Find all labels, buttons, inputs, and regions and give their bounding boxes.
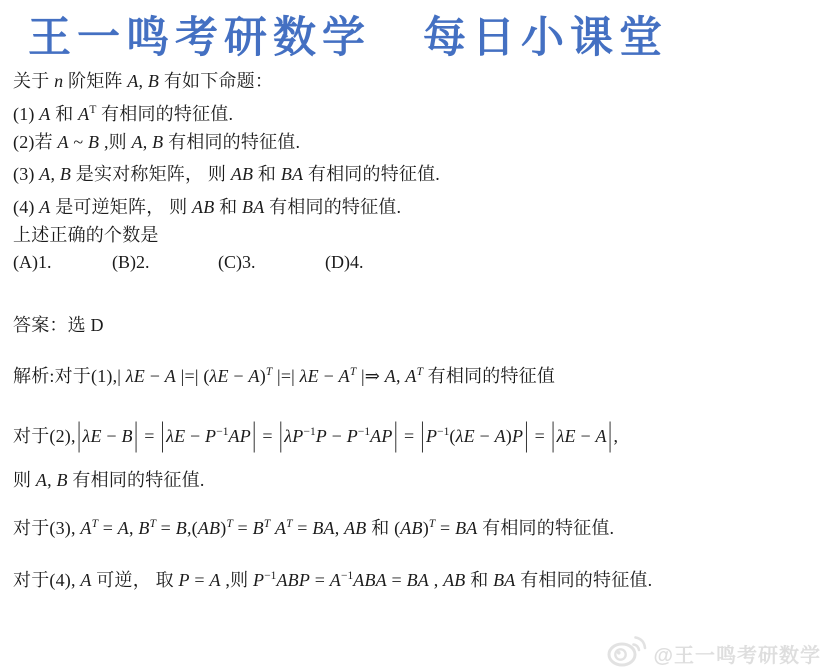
solution-line-2: 对于(2),|λE − B| = |λE − P−1AP| = |λP−1P −…: [13, 411, 618, 457]
page-title-right: 每日小课堂: [423, 15, 668, 62]
watermark: @王一鸣考研数学: [607, 633, 821, 671]
watermark-handle: @王一鸣考研数学: [653, 639, 821, 668]
solution-line-5: 对于(4), A 可逆， 取 P = A ,则 P−1ABP = A−1ABA …: [13, 563, 652, 593]
problem-item-1: (1) A 和 AT 有相同的特征值.: [13, 97, 233, 127]
weibo-logo-icon: [607, 633, 653, 671]
page-title-left: 王一鸣考研数学: [28, 15, 371, 62]
problem-item-3: (3) A, B 是实对称矩阵， 则 AB 和 BA 有相同的特征值.: [13, 161, 440, 187]
option-c: (C)3.: [218, 252, 256, 273]
solution-line-1: 解析:对于(1),| λE − A |=| (λE − A)T |=| λE −…: [13, 359, 555, 389]
page-title: 王一鸣考研数学每日小课堂: [28, 4, 668, 65]
worksheet-page: 王一鸣考研数学每日小课堂 关于 n 阶矩阵 A, B 有如下命题： (1) A …: [0, 0, 837, 671]
option-a: (A)1.: [13, 252, 52, 273]
problem-intro: 关于 n 阶矩阵 A, B 有如下命题：: [13, 68, 273, 94]
answer-line: 答案：选 D: [13, 312, 104, 338]
solution-line-3: 则 A, B 有相同的特征值.: [13, 467, 205, 493]
option-b: (B)2.: [112, 252, 150, 273]
options-row: (A)1. (B)2. (C)3. (D)4.: [13, 252, 493, 278]
problem-item-4: (4) A 是可逆矩阵， 则 AB 和 BA 有相同的特征值.: [13, 194, 401, 220]
option-d: (D)4.: [325, 252, 364, 273]
problem-item-2: (2)若 A ~ B ,则 A, B 有相同的特征值.: [13, 129, 300, 155]
problem-closing: 上述正确的个数是: [13, 222, 159, 248]
solution-line-4: 对于(3), AT = A, BT = B,(AB)T = BT AT = BA…: [13, 511, 614, 541]
